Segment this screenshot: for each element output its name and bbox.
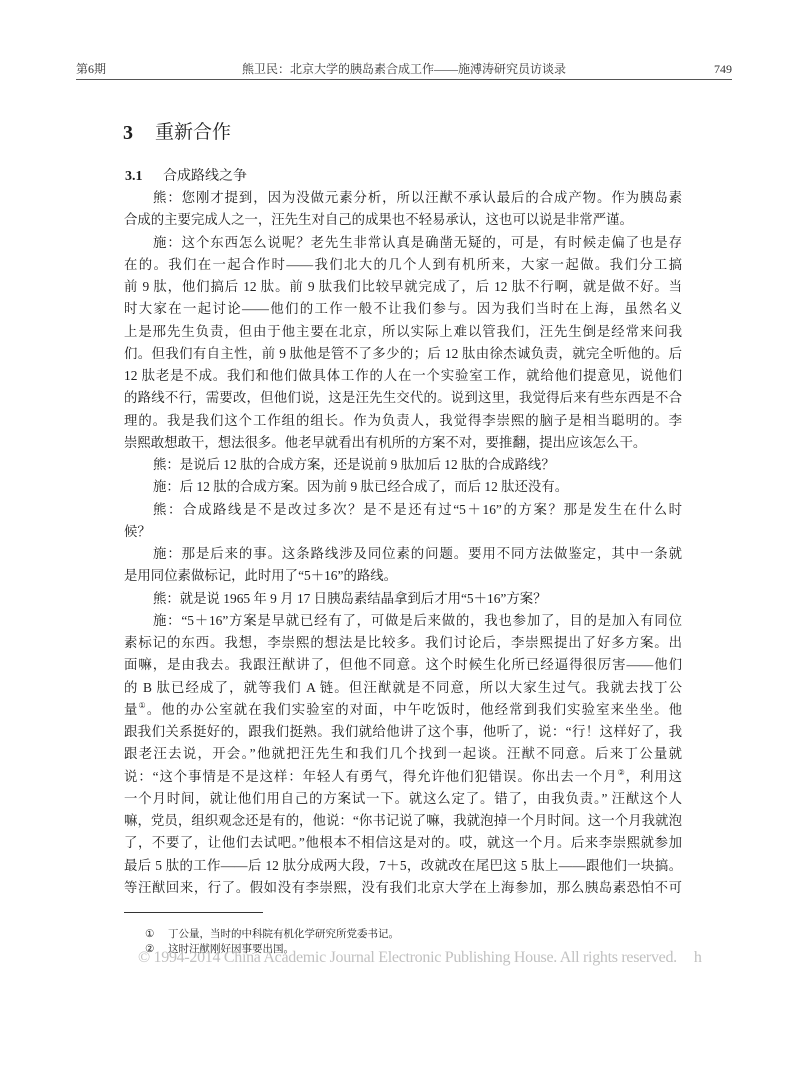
text-line: 前 9 肽，他们搞后 12 肽。前 9 肽我们比较早就完成了，后 12 肽不行啊…: [124, 276, 682, 298]
text-line: 熊：您刚才提到，因为没做元素分析，所以汪猷不承认最后的合成产物。作为胰岛素: [124, 187, 682, 209]
footnote-reference-2: ②: [618, 768, 626, 777]
text-line: 最后 5 肽的工作——后 12 肽分成两大段，7＋5，改就改在尾巴这 5 肽上—…: [124, 855, 682, 877]
paragraph: 熊：合成路线是不是改过多次？是不是还有过“5＋16”的方案？那是发生在什么时 候…: [124, 499, 682, 544]
paragraph: 施：这个东西怎么说呢？老先生非常认真是确凿无疑的，可是，有时候走偏了也是存 在的…: [124, 232, 682, 455]
text-line: 的路线不行，需要改，但他们说，这是汪先生交代的。说到这里，我觉得后来有些东西是不…: [124, 387, 682, 409]
text-line: 一个月时间，就让他们用自己的方案试一下。就这么定了。错了，由我负责。” 汪猷这个…: [124, 788, 682, 810]
text-line: 跟老汪去说，开会。”他就把汪先生和我们几个找到一起谈。汪猷不同意。后来丁公量就: [124, 743, 682, 765]
footnote: ①丁公量，当时的中科院有机化学研究所党委书记。: [145, 927, 399, 942]
text-line: 熊：就是说 1965 年 9 月 17 日胰岛素结晶拿到后才用“5＋16”方案？: [124, 588, 682, 610]
text-line: 施：那是后来的事。这条路线涉及同位素的问题。要用不同方法做鉴定，其中一条就: [124, 543, 682, 565]
section-title: 重新合作: [155, 120, 231, 146]
journal-page: 第6期 熊卫民：北京大学的胰岛素合成工作——施溥涛研究员访谈录 749 3 重新…: [0, 0, 800, 1086]
paragraph: 施：后 12 肽的合成方案。因为前 9 肽已经合成了，而后 12 肽还没有。: [124, 476, 682, 498]
copyright-text: © 1994-2014 China Academic Journal Elect…: [138, 949, 677, 966]
running-title: 熊卫民：北京大学的胰岛素合成工作——施溥涛研究员访谈录: [76, 62, 732, 76]
text-line: 跟我们关系挺好的，跟我们挺熟。我们就给他讲了这个事，他听了，说：“行！这样好了，…: [124, 721, 682, 743]
text-line: 了，不要了，让他们去试吧。”他根本不相信这是对的。哎，就这一个月。后来李崇熙就参…: [124, 832, 682, 854]
text-line: 是用同位素做标记，此时用了“5＋16”的路线。: [124, 565, 682, 587]
text-line: 熊：是说后 12 肽的合成方案，还是说前 9 肽加后 12 肽的合成路线？: [124, 454, 682, 476]
header-rule: [76, 79, 732, 80]
text-line: 时大家在一起讨论——他们的工作一般不让我们参与。因为我们当时在上海，虽然名义: [124, 298, 682, 320]
subsection-number: 3.1: [125, 169, 143, 184]
text-line: 在的。我们在一起合作时——我们北大的几个人到有机所来，大家一起做。我们分工搞: [124, 254, 682, 276]
footnote-text: 丁公量，当时的中科院有机化学研究所党委书记。: [168, 929, 399, 940]
subsection-title: 合成路线之争: [163, 166, 247, 188]
article-body: 熊：您刚才提到，因为没做元素分析，所以汪猷不承认最后的合成产物。作为胰岛素 合成…: [124, 187, 682, 899]
text-line: 们。但我们有自主性，前 9 肽他是管不了多少的；后 12 肽由徐杰诚负责，就完全…: [124, 343, 682, 365]
paragraph: 施：那是后来的事。这条路线涉及同位素的问题。要用不同方法做鉴定，其中一条就 是用…: [124, 543, 682, 588]
paragraph: 熊：您刚才提到，因为没做元素分析，所以汪猷不承认最后的合成产物。作为胰岛素 合成…: [124, 187, 682, 232]
paragraph: 施：“5＋16”方案是早就已经有了，可做是后来做的，我也参加了，目的是加入有同位…: [124, 610, 682, 899]
copyright-watermark: © 1994-2014 China Academic Journal Elect…: [138, 948, 702, 968]
copyright-trailing: h: [694, 949, 702, 966]
running-head: 第6期 熊卫民：北京大学的胰岛素合成工作——施溥涛研究员访谈录 749: [76, 62, 732, 76]
text-line: 合成的主要完成人之一，汪先生对自己的成果也不轻易承认，这也可以说是非常严谨。: [124, 209, 682, 231]
text-line: 崇熙敢想敢干，想法很多。他老早就看出有机所的方案不对，要推翻，提出应该怎么干。: [124, 432, 682, 454]
text-segment: ，利用这: [626, 769, 682, 784]
paragraph: 熊：就是说 1965 年 9 月 17 日胰岛素结晶拿到后才用“5＋16”方案？: [124, 588, 682, 610]
text-line: 施：“5＋16”方案是早就已经有了，可做是后来做的，我也参加了，目的是加入有同位: [124, 610, 682, 632]
text-segment: 量: [124, 702, 139, 717]
text-line: 的 B 肽已经成了，就等我们 A 链。但汪猷就是不同意，所以大家生过气。我就去找…: [124, 677, 682, 699]
subsection-heading: 3.1 合成路线之争: [125, 166, 143, 188]
text-segment: 说：“这个事情是不是这样：年轻人有勇气，得允许他们犯错误。你出去一个月: [124, 769, 618, 784]
text-line: 12 肽老是不成。我们和他们做具体工作的人在一个实验室工作，就给他们提意见，说他…: [124, 365, 682, 387]
page-number: 749: [714, 62, 732, 76]
text-line: 熊：合成路线是不是改过多次？是不是还有过“5＋16”的方案？那是发生在什么时: [124, 499, 682, 521]
text-line: 等汪猷回来，行了。假如没有李崇熙，没有我们北京大学在上海参加，那么胰岛素恐怕不可: [124, 877, 682, 899]
text-line: 施：后 12 肽的合成方案。因为前 9 肽已经合成了，而后 12 肽还没有。: [124, 476, 682, 498]
footnote-rule: [124, 912, 263, 913]
text-line: 素标记的东西。我想，李崇熙的想法是比较多。我们讨论后，李崇熙提出了好多方案。出: [124, 632, 682, 654]
section-heading: 3 重新合作: [123, 120, 133, 146]
text-segment: 。他的办公室就在我们实验室的对面，中午吃饭时，他经常到我们实验室来坐坐。他: [147, 702, 682, 717]
text-line: 说：“这个事情是不是这样：年轻人有勇气，得允许他们犯错误。你出去一个月②，利用这: [124, 766, 682, 788]
text-line: 量①。他的办公室就在我们实验室的对面，中午吃饭时，他经常到我们实验室来坐坐。他: [124, 699, 682, 721]
footnote-marker: ①: [145, 927, 168, 942]
paragraph: 熊：是说后 12 肽的合成方案，还是说前 9 肽加后 12 肽的合成路线？: [124, 454, 682, 476]
text-line: 嘛，党员，组织观念还是有的，他说：“你书记说了嘛，我就泡掉一个月时间。这一个月我…: [124, 810, 682, 832]
footnote-reference-1: ①: [139, 701, 147, 710]
text-line: 上是邢先生负责，但由于他主要在北京，所以实际上难以管我们，汪先生倒是经常来问我: [124, 321, 682, 343]
text-line: 候？: [124, 521, 682, 543]
text-line: 施：这个东西怎么说呢？老先生非常认真是确凿无疑的，可是，有时候走偏了也是存: [124, 232, 682, 254]
text-line: 理的。我是我们这个工作组的组长。作为负责人，我觉得李崇熙的脑子是相当聪明的。李: [124, 410, 682, 432]
section-number: 3: [123, 122, 133, 144]
text-line: 面嘛，是由我去。我跟汪猷讲了，但他不同意。这个时候生化所已经逼得很厉害——他们: [124, 654, 682, 676]
